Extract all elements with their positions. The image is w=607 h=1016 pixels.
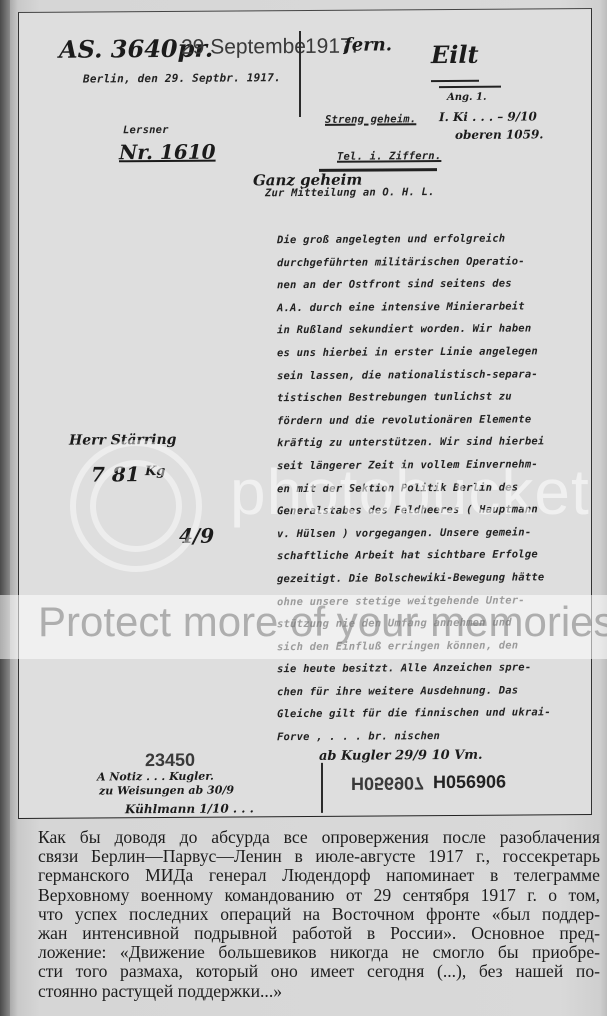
mirrored-stamp: H056907 bbox=[351, 772, 424, 794]
book-page: AS. 3640pr. 29 Septembe 1917. fern. Berl… bbox=[0, 0, 607, 1016]
body-line: tistischen Bestrebungen tunlichst zu bbox=[277, 385, 551, 410]
stamp-suffix: fern. bbox=[344, 34, 392, 55]
document-stamp-number: H056906 bbox=[433, 772, 506, 794]
body-line: kräftig zu unterstützen. Wir sind hierbe… bbox=[277, 431, 551, 456]
body-line: Die groß angelegten und erfolgreich bbox=[277, 227, 551, 252]
margin-note: Ang. 1. bbox=[447, 92, 486, 103]
body-line: schaftliche Arbeit hat sichtbare Erfolge bbox=[277, 544, 551, 569]
caption-line: стоянно растущей поддержки...» bbox=[38, 982, 600, 1001]
body-line: nen an der Ostfront sind seitens des bbox=[277, 272, 551, 297]
signoff-note: ab Kugler 29/9 10 Vm. bbox=[319, 748, 483, 764]
body-line: chen für ihre weitere Ausdehnung. Das bbox=[277, 679, 551, 704]
footer-divider bbox=[321, 763, 323, 813]
caption-line: связи Берлин—Парвус—Ленин в июле-августе… bbox=[38, 847, 600, 866]
classification: Streng geheim. bbox=[325, 113, 416, 126]
caption-line: что успех последних операций на Восточно… bbox=[38, 905, 600, 924]
archive-number: 23450 bbox=[145, 750, 195, 771]
telegram-document: AS. 3640pr. 29 Septembe 1917. fern. Berl… bbox=[18, 8, 592, 819]
caption-line: жан интенсивной подрывной работой в Росс… bbox=[38, 924, 600, 943]
body-line: gezeitigt. Die Bolschewiki-Bewegung hätt… bbox=[277, 566, 551, 591]
margin-rule bbox=[439, 86, 501, 88]
margin-note: oberen 1059. bbox=[455, 127, 543, 142]
city-date: Berlin, den 29. Septbr. 1917. bbox=[83, 71, 281, 85]
body-line: Forve , . . . br. nischen bbox=[277, 724, 551, 749]
watermark-ring bbox=[90, 460, 182, 552]
telegram-number: Nr. 1610 bbox=[119, 140, 216, 165]
body-line: es uns hierbei in erster Linie angelegen bbox=[277, 340, 551, 365]
footer-note: A Notiz . . . Kugler. bbox=[97, 770, 214, 784]
sender: Lersner bbox=[123, 124, 169, 136]
caption-line: германского МИДа генерал Людендорф напом… bbox=[38, 866, 600, 885]
watermark-banner: Protect more of your memories for less! bbox=[38, 598, 607, 646]
body-line: sein lassen, die nationalistisch-separa- bbox=[277, 363, 551, 388]
stamp-date: 29 Septembe bbox=[181, 35, 306, 60]
caption-line: ложение: «Движение большевиков никогда н… bbox=[38, 943, 600, 962]
margin-rule bbox=[431, 80, 479, 82]
footer-note: zu Weisungen ab 30/9 bbox=[99, 783, 234, 797]
book-gutter-shadow bbox=[0, 0, 10, 1016]
watermark-logo: photobucket bbox=[230, 455, 590, 529]
telegram-type: Tel. i. Ziffern. bbox=[337, 150, 441, 163]
caption-line: Как бы доводя до абсурда все опровержени… bbox=[38, 828, 600, 847]
margin-note-eilt: Eilt bbox=[431, 40, 479, 69]
caption-line: Верховному военному командованию от 29 с… bbox=[38, 886, 600, 905]
footer-note: Kühlmann 1/10 . . . bbox=[125, 801, 254, 816]
body-line: durchgeführten militärischen Operatio- bbox=[277, 250, 551, 275]
addressee: Zur Mitteilung an O. H. L. bbox=[265, 186, 435, 199]
body-line: A.A. durch eine intensive Minierarbeit bbox=[277, 295, 551, 320]
book-caption: Как бы доводя до абсурда все опровержени… bbox=[38, 828, 600, 1001]
body-line: fördern und die revolutionären Elemente bbox=[277, 408, 551, 433]
body-line: in Rußland sekundiert worden. Wir haben bbox=[277, 318, 551, 343]
caption-line: сти того размаха, который оно имеет сего… bbox=[38, 962, 600, 981]
body-line: Gleiche gilt für die finnischen und ukra… bbox=[277, 702, 551, 727]
margin-note: I. Ki . . . – 9/10 bbox=[439, 109, 537, 124]
stamp-divider bbox=[299, 31, 301, 117]
body-line: sie heute besitzt. Alle Anzeichen spre- bbox=[277, 657, 551, 682]
